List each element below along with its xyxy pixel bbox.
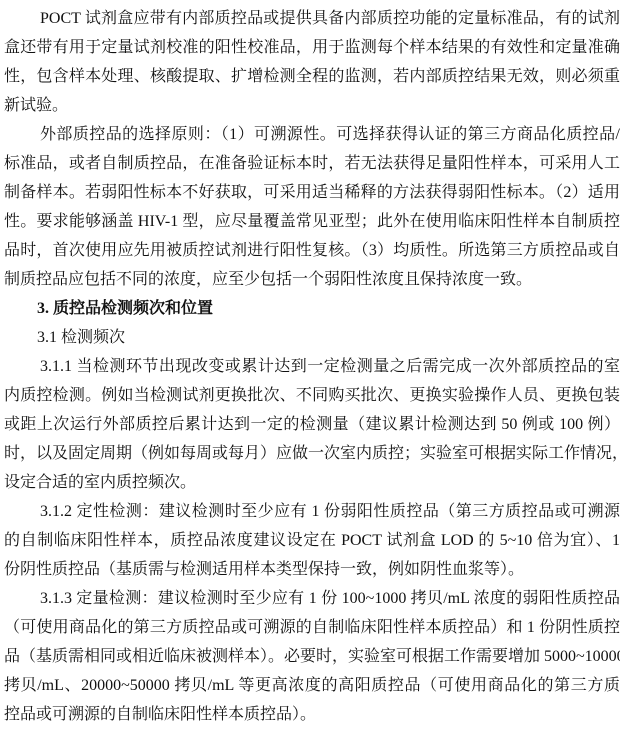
paragraph: 3.1.2 定性检测：建议检测时至少应有 1 份弱阳性质控品（第三方质控品或可溯… [4, 497, 620, 584]
paragraph: 外部质控品的选择原则：（1）可溯源性。可选择获得认证的第三方商品化质控品/ 标准… [4, 120, 620, 294]
paragraph: 3.1.1 当检测环节出现改变或累计达到一定检测量之后需完成一次外部质控品的室 … [4, 352, 620, 497]
text-line: （可使用商品化的第三方质控品或可溯源的自制临床阳性样本质控品）和 1 份阴性质控 [4, 613, 620, 642]
subsection-heading: 3.1 检测频次 [4, 323, 620, 352]
section-heading-block: 3. 质控品检测频次和位置 [4, 294, 620, 323]
text-line: 品（基质需相同或相近临床被测样本）。必要时，实验室可根据工作需要增加 5000~… [4, 642, 620, 671]
text-line: 性。要求能够涵盖 HIV-1 型，应尽量覆盖常见亚型；此外在使用临床阳性样本自制… [4, 207, 620, 236]
text-line: 拷贝/mL、20000~50000 拷贝/mL 等更高浓度的高阳质控品（可使用商… [4, 671, 620, 700]
text-line: 3.1.2 定性检测：建议检测时至少应有 1 份弱阳性质控品（第三方质控品或可溯… [4, 497, 620, 526]
text-line: 品时，首次使用应先用被质控试剂进行阳性复核。（3）均质性。所选第三方质控品或自 [4, 236, 620, 265]
text-line: 份阴性质控品（基质需与检测适用样本类型保持一致，例如阴性血浆等）。 [4, 555, 620, 584]
document-page: POCT 试剂盒应带有内部质控品或提供具备内部质控功能的定量标准品，有的试剂 盒… [0, 0, 626, 729]
text-line: 3.1.1 当检测环节出现改变或累计达到一定检测量之后需完成一次外部质控品的室 [4, 352, 620, 381]
text-line: 外部质控品的选择原则：（1）可溯源性。可选择获得认证的第三方商品化质控品/ [4, 120, 620, 149]
text-line: 控品或可溯源的自制临床阳性样本质控品）。 [4, 700, 620, 729]
text-line: 性，包含样本处理、核酸提取、扩增检测全程的监测，若内部质控结果无效，则必须重 [4, 62, 620, 91]
text-line: 制质控品应包括不同的浓度，应至少包括一个弱阳性浓度且保持浓度一致。 [4, 265, 620, 294]
subsection-heading-block: 3.1 检测频次 [4, 323, 620, 352]
text-line: 内质控检测。例如当检测试剂更换批次、不同购买批次、更换实验操作人员、更换包装 [4, 381, 620, 410]
section-heading: 3. 质控品检测频次和位置 [4, 294, 620, 323]
text-line: 盒还带有用于定量试剂校准的阳性校准品，用于监测每个样本结果的有效性和定量准确 [4, 33, 620, 62]
text-line: 的自制临床阳性样本，质控品浓度建议设定在 POCT 试剂盒 LOD 的 5~10… [4, 526, 620, 555]
text-line: 或距上次运行外部质控后累计达到一定的检测量（建议累计检测达到 50 例或 100… [4, 410, 620, 439]
text-line: 设定合适的室内质控频次。 [4, 468, 620, 497]
paragraph: 3.1.3 定量检测：建议检测时至少应有 1 份 100~1000 拷贝/mL … [4, 584, 620, 729]
text-line: 时，以及固定周期（例如每周或每月）应做一次室内质控；实验室可根据实际工作情况， [4, 439, 620, 468]
text-line: 制备样本。若弱阳性标本不好获取，可采用适当稀释的方法获得弱阳性标本。（2）适用 [4, 178, 620, 207]
text-line: 标准品，或者自制质控品，在准备验证标本时，若无法获得足量阳性样本，可采用人工 [4, 149, 620, 178]
text-line: 新试验。 [4, 91, 620, 120]
text-line: 3.1.3 定量检测：建议检测时至少应有 1 份 100~1000 拷贝/mL … [4, 584, 620, 613]
paragraph: POCT 试剂盒应带有内部质控品或提供具备内部质控功能的定量标准品，有的试剂 盒… [4, 4, 620, 120]
text-line: POCT 试剂盒应带有内部质控品或提供具备内部质控功能的定量标准品，有的试剂 [4, 4, 620, 33]
